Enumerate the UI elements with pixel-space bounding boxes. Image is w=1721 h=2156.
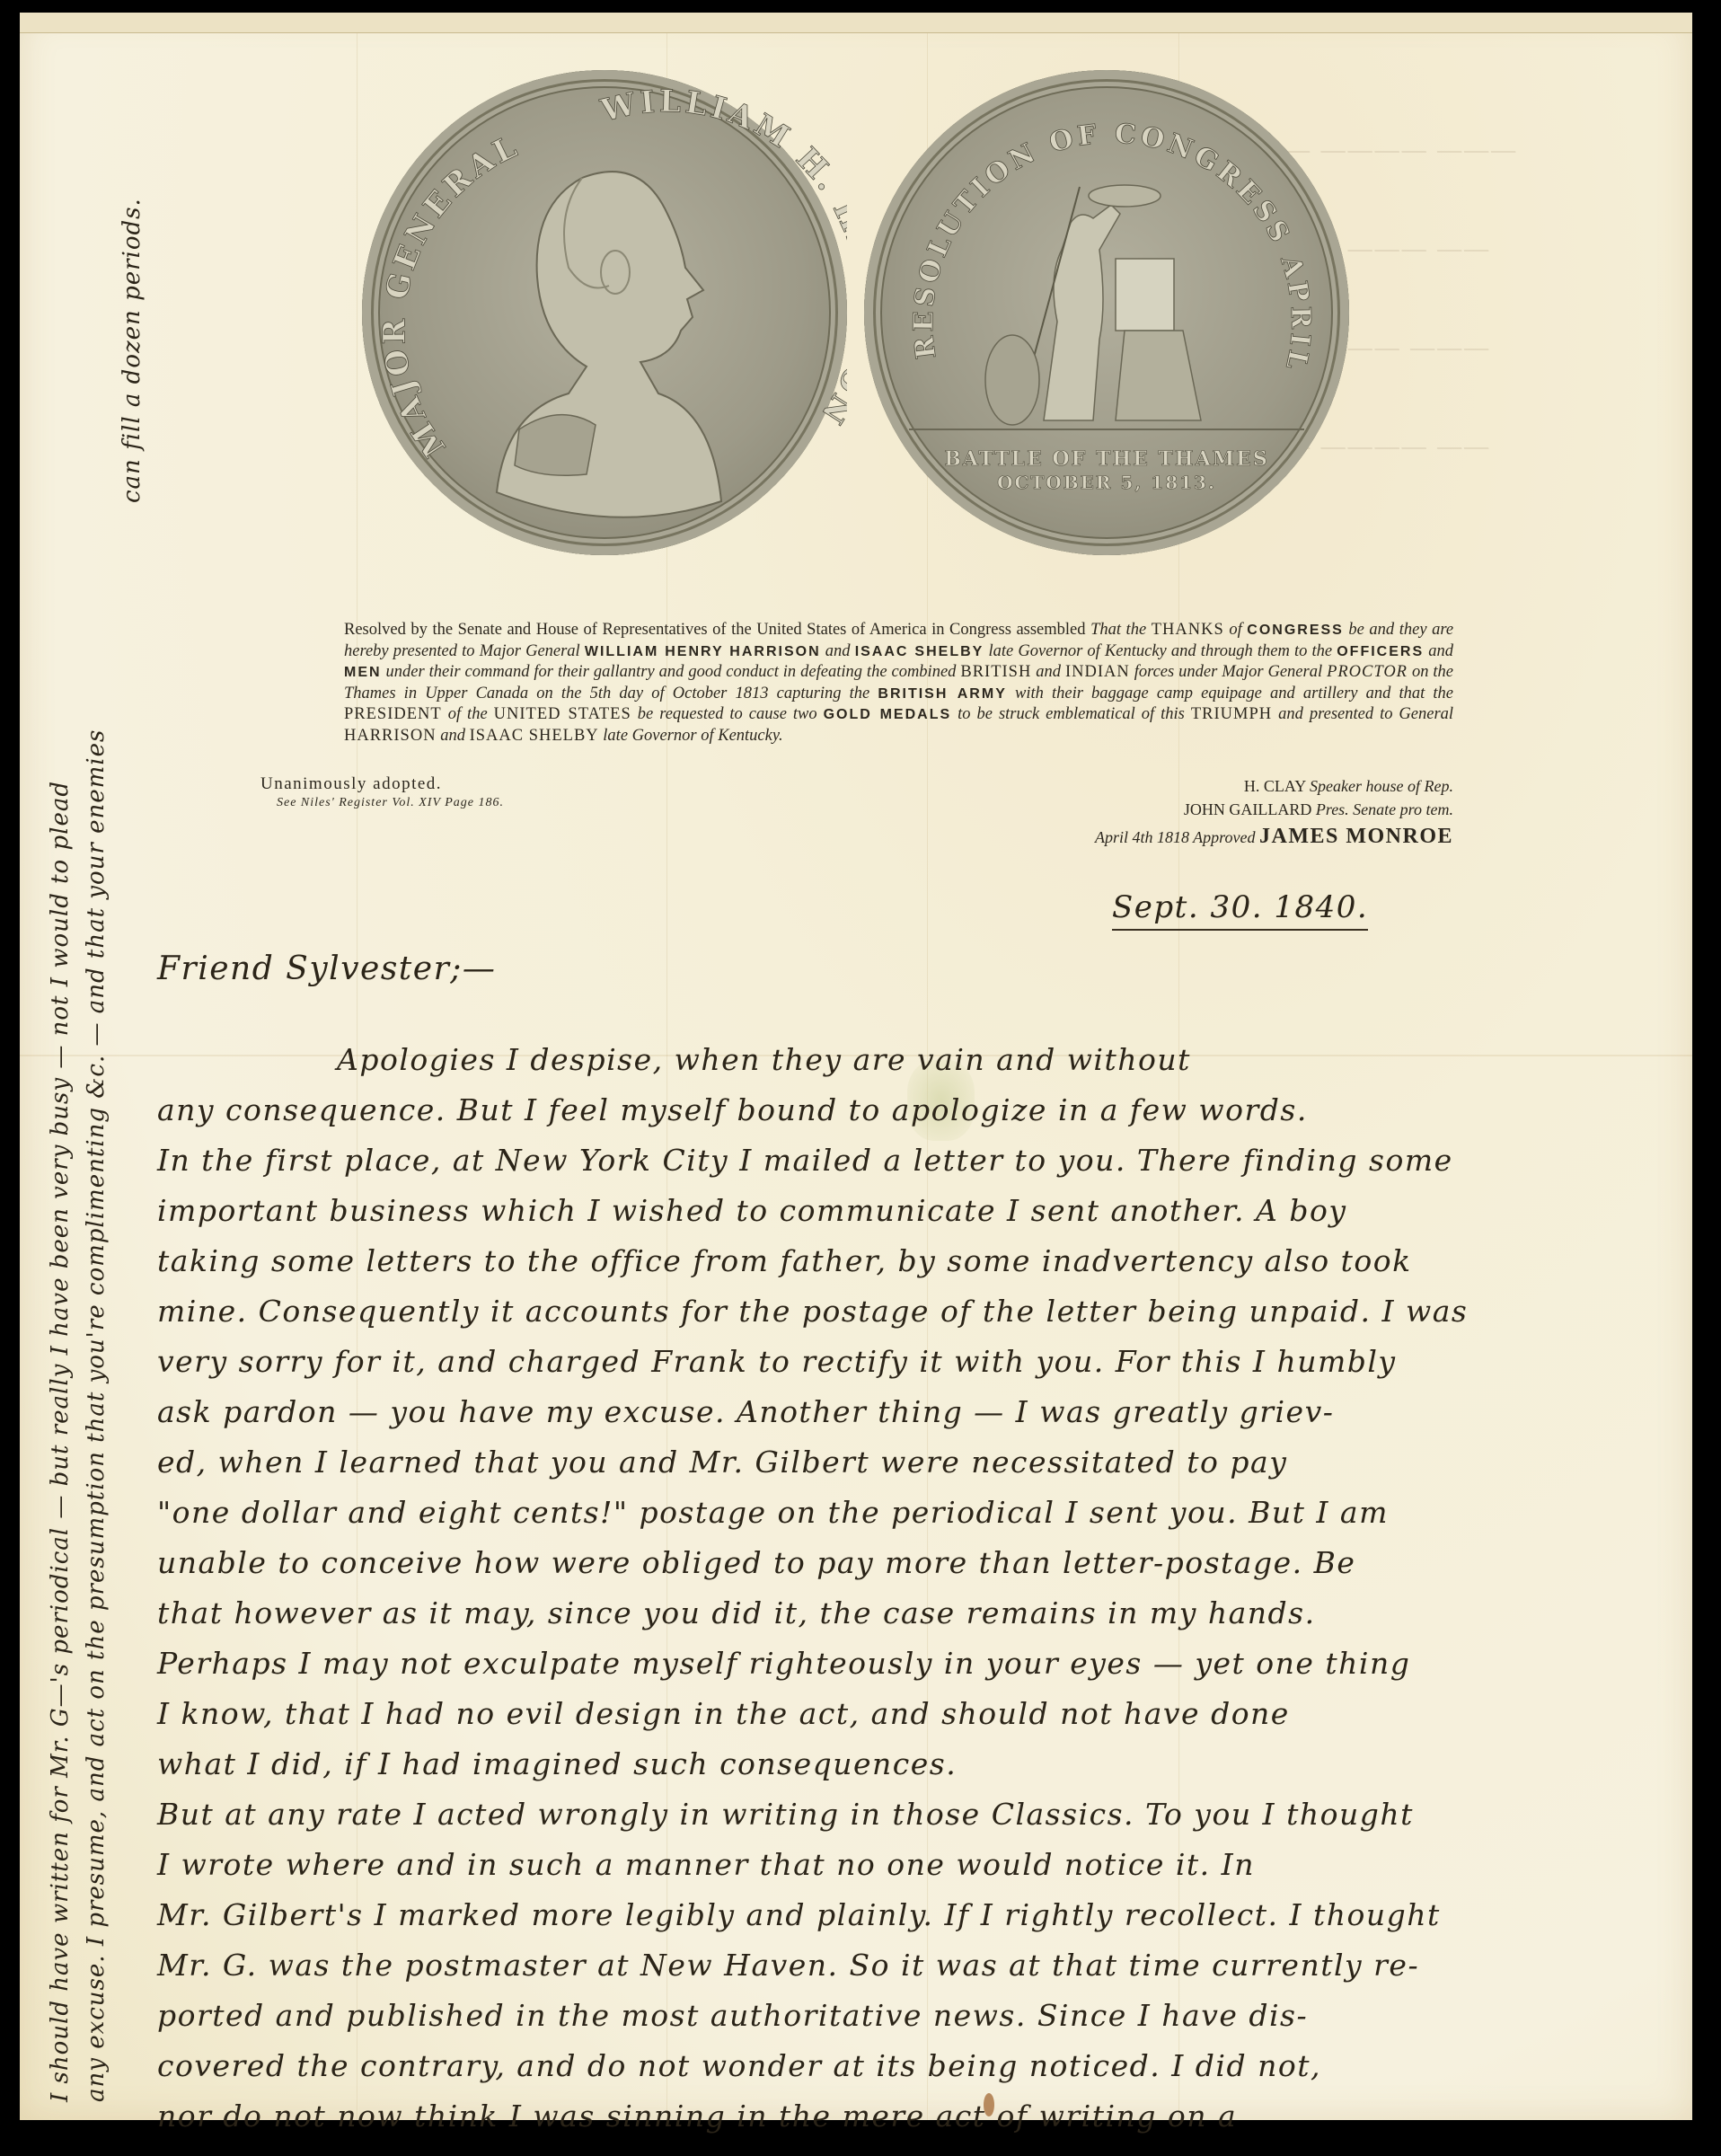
margin-note: I should have written for Mr. G—'s perio… [47,781,74,2102]
letter-line: "one dollar and eight cents!" postage on… [157,1495,1389,1530]
resolution-text: under their command for their gallantry … [386,663,957,681]
resolution-text: INDIAN [1065,663,1130,681]
approval-date: April 4th 1818 Approved [1095,828,1256,846]
letter-line: mine. Consequently it accounts for the p… [157,1294,1468,1329]
letter-line: unable to conceive how were obliged to p… [157,1545,1355,1580]
letter-line: nor do not now think I was sinning in th… [157,2099,1237,2134]
letter-salutation: Friend Sylvester;— [157,950,496,987]
letter-line: ask pardon — you have my excuse. Another… [157,1394,1334,1429]
resolution-text: OFFICERS [1337,644,1424,659]
signature-monroe: April 4th 1818 Approved JAMES MONROE [1095,825,1453,849]
resolution-text: of the [448,705,488,723]
adopted-label: Unanimously adopted. [260,774,504,794]
letter-line: that however as it may, since you did it… [157,1595,1316,1630]
sheet-top-edge [20,13,1692,33]
resolution-text: be requested to cause two [638,705,817,723]
letter-line: any consequence. But I feel myself bound… [157,1092,1308,1127]
resolution-text: late Governor of Kentucky. [603,727,782,745]
letter-line: Mr. G. was the postmaster at New Haven. … [157,1948,1419,1983]
resolution-text: TRIUMPH [1191,705,1272,723]
resolution-text: HARRISON [344,727,437,745]
letter-line: In the first place, at New York City I m… [157,1143,1453,1178]
resolution-text: and [1036,663,1061,681]
letter-line: important business which I wished to com… [157,1193,1346,1228]
adoption-note: Unanimously adopted. See Niles' Register… [260,774,504,810]
signature-clay: H. CLAY Speaker house of Rep. [1095,774,1453,798]
portrait-profile-icon: MAJOR GENERAL WILLIAM H. HARRISON [362,70,847,555]
signer-name: JAMES MONROE [1259,825,1453,848]
svg-text:BATTLE OF THE THAMES: BATTLE OF THE THAMES [944,447,1269,471]
letter-line: I wrote where and in such a manner that … [157,1847,1255,1882]
letter-line: ed, when I learned that you and Mr. Gilb… [157,1445,1287,1480]
resolution-text: to be struck emblematical of this [958,705,1185,723]
resolution-text: Resolved by the Senate and House of Repr… [344,621,1086,639]
resolution-text: UNITED STATES [494,705,631,723]
signature-block: H. CLAY Speaker house of Rep. JOHN GAILL… [1095,774,1453,849]
resolution-text: ISAAC SHELBY [855,644,984,659]
margin-note: any excuse. I presume, and act on the pr… [83,729,110,2102]
resolution-text: GOLD MEDALS [824,707,952,722]
resolution-text: late Governor of Kentucky and through th… [988,642,1332,660]
resolution-text: ISAAC SHELBY [470,727,599,745]
letter-line: But at any rate I acted wrongly in writi… [157,1797,1414,1832]
resolution-text: forces under Major General [1134,663,1322,681]
resolution-text: PRESIDENT [344,705,442,723]
letter-line: ported and published in the most authori… [157,1998,1308,2033]
letter-line: covered the contrary, and do not wonder … [157,2048,1321,2083]
resolution-text: BRITISH [960,663,1031,681]
resolution-text: of [1229,621,1241,639]
signature-gaillard: JOHN GAILLARD Pres. Senate pro tem. [1095,798,1453,821]
resolution-text: and [1428,642,1453,660]
resolution-text: BRITISH ARMY [878,686,1006,702]
resolution-text: with their baggage camp equipage and art… [1015,685,1453,702]
letter-line: Apologies I despise, when they are vain … [337,1042,1191,1077]
resolution-text: CONGRESS [1247,623,1344,638]
resolution-text: and [440,727,465,745]
medal-reverse: RESOLUTION OF CONGRESS APRIL 4. 1818. BA… [864,70,1349,555]
allegorical-figure-icon: RESOLUTION OF CONGRESS APRIL 4. 1818. BA… [864,70,1349,555]
letter-line: I know, that I had no evil design in the… [157,1696,1290,1731]
resolution-text: MEN [344,665,382,680]
signer-title: Speaker house of Rep. [1310,777,1453,795]
resolution-text: and [825,642,851,660]
svg-text:OCTOBER 5, 1813.: OCTOBER 5, 1813. [997,472,1216,493]
congressional-resolution-text: Resolved by the Senate and House of Repr… [344,620,1453,747]
letter-line: very sorry for it, and charged Frank to … [157,1344,1397,1379]
resolution-text: THANKS [1152,621,1224,639]
letter-line: Perhaps I may not exculpate myself right… [157,1646,1410,1681]
svg-text:MAJOR GENERAL: MAJOR GENERAL [376,128,525,464]
letter-line: taking some letters to the office from f… [157,1243,1412,1278]
resolution-text: That the [1090,621,1146,639]
resolution-text: and presented to General [1278,705,1453,723]
signer-name: JOHN GAILLARD [1184,800,1312,818]
medal-obverse: MAJOR GENERAL WILLIAM H. HARRISON [362,70,847,555]
resolution-text: WILLIAM HENRY HARRISON [585,644,821,659]
resolution-text: PROCTOR [1327,663,1408,681]
margin-note: can fill a dozen periods. [119,198,146,503]
letter-line: what I did, if I had imagined such conse… [157,1746,957,1781]
signer-title: Pres. Senate pro tem. [1316,800,1453,818]
letter-date: Sept. 30. 1840. [1112,889,1368,931]
signer-name: H. CLAY [1244,777,1306,795]
niles-register-citation: See Niles' Register Vol. XIV Page 186. [277,796,504,810]
letter-line: Mr. Gilbert's I marked more legibly and … [157,1897,1441,1932]
